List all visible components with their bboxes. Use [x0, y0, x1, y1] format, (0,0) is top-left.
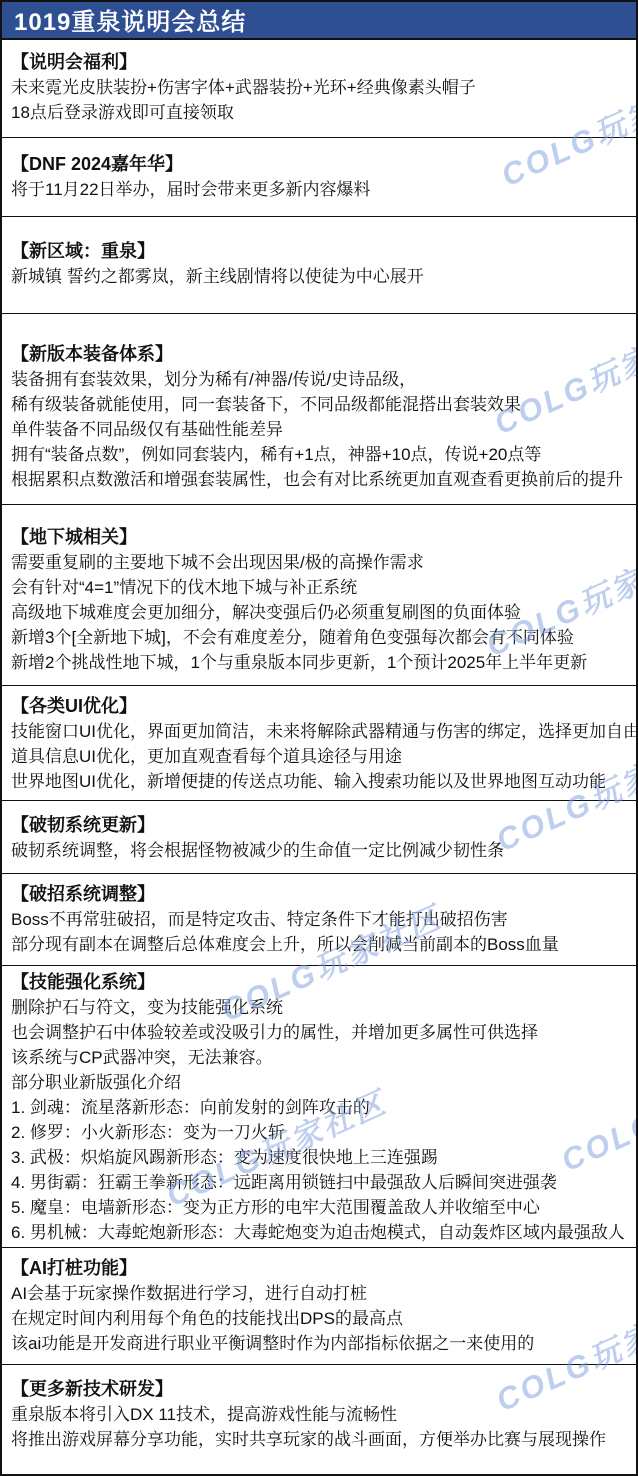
- section-line: 道具信息UI优化，更加直观查看每个道具途径与用途: [11, 744, 627, 769]
- section-line: 2. 修罗：小火新形态：变为一刀火斩: [11, 1120, 627, 1145]
- section-heading: 【AI打桩功能】: [11, 1256, 627, 1281]
- section-line: 将推出游戏屏幕分享功能，实时共享玩家的战斗画面，方便举办比赛与展现操作: [11, 1427, 627, 1452]
- section-10: 【更多新技术研发】重泉版本将引入DX 11技术，提高游戏性能与流畅性将推出游戏屏…: [2, 1364, 636, 1468]
- section-line: 会有针对“4=1”情况下的伐木地下城与补正系统: [11, 575, 627, 600]
- section-heading: 【DNF 2024嘉年华】: [11, 152, 627, 177]
- section-line: 将于11月22日举办，届时会带来更多新内容爆料: [11, 177, 627, 202]
- section-line: 3. 武极：炽焰旋风踢新形态：变为速度很快地上三连强踢: [11, 1145, 627, 1170]
- section-9: 【AI打桩功能】AI会基于玩家操作数据进行学习，进行自动打桩在规定时间内利用每个…: [2, 1247, 636, 1364]
- section-heading: 【新版本装备体系】: [11, 342, 627, 367]
- section-line: 高级地下城难度会更加细分，解决变强后仍必须重复刷图的负面体验: [11, 600, 627, 625]
- section-line: 5. 魔皇：电墙新形态：变为正方形的电牢大范围覆盖敌人并收缩至中心: [11, 1195, 627, 1220]
- section-2: 【新区域：重泉】新城镇 誓约之都雾岚，新主线剧情将以使徒为中心展开: [2, 216, 636, 313]
- section-line: 装备拥有套装效果，划分为稀有/神器/传说/史诗品级，: [11, 367, 627, 392]
- section-line: 根据累积点数激活和增强套装属性，也会有对比系统更加直观查看更换前后的提升: [11, 467, 627, 492]
- section-line: 需要重复刷的主要地下城不会出现因果/极的高操作需求: [11, 550, 627, 575]
- section-line: 部分职业新版强化介绍: [11, 1070, 627, 1095]
- section-3: 【新版本装备体系】装备拥有套装效果，划分为稀有/神器/传说/史诗品级，稀有级装备…: [2, 313, 636, 504]
- section-0: 【说明会福利】未来霓光皮肤装扮+伤害字体+武器装扮+光环+经典像素头帽子18点后…: [2, 40, 636, 137]
- section-5: 【各类UI优化】技能窗口UI优化，界面更加简洁，未来将解除武器精通与伤害的绑定，…: [2, 685, 636, 800]
- section-heading: 【更多新技术研发】: [11, 1377, 627, 1402]
- page-title: 1019重泉说明会总结: [14, 2, 246, 37]
- section-line: 4. 男街霸：狂霸王拳新形态：远距离用锁链扫中最强敌人后瞬间突进强袭: [11, 1170, 627, 1195]
- section-line: 破韧系统调整，将会根据怪物被减少的生命值一定比例减少韧性条: [11, 838, 627, 863]
- announcement-summary-table: 1019重泉说明会总结 【说明会福利】未来霓光皮肤装扮+伤害字体+武器装扮+光环…: [0, 0, 638, 1476]
- section-heading: 【各类UI优化】: [11, 694, 627, 719]
- title-bar: 1019重泉说明会总结: [2, 2, 636, 40]
- section-1: 【DNF 2024嘉年华】将于11月22日举办，届时会带来更多新内容爆料: [2, 137, 636, 216]
- section-line: 6. 男机械：大毒蛇炮新形态：大毒蛇炮变为迫击炮模式，自动轰炸区域内最强敌人: [11, 1220, 627, 1245]
- section-heading: 【新区域：重泉】: [11, 239, 627, 264]
- section-line: 该ai功能是开发商进行职业平衡调整时作为内部指标依据之一来使用的: [11, 1331, 627, 1356]
- section-line: 新城镇 誓约之都雾岚，新主线剧情将以使徒为中心展开: [11, 264, 627, 289]
- section-line: 1. 剑魂：流星落新形态：向前发射的剑阵攻击的: [11, 1095, 627, 1120]
- section-heading: 【破韧系统更新】: [11, 813, 627, 838]
- section-4: 【地下城相关】需要重复刷的主要地下城不会出现因果/极的高操作需求会有针对“4=1…: [2, 504, 636, 685]
- section-line: AI会基于玩家操作数据进行学习，进行自动打桩: [11, 1281, 627, 1306]
- section-line: 拥有“装备点数”，例如同套装内，稀有+1点，神器+10点，传说+20点等: [11, 442, 627, 467]
- section-line: 也会调整护石中体验较差或没吸引力的属性，并增加更多属性可供选择: [11, 1020, 627, 1045]
- section-line: 18点后登录游戏即可直接领取: [11, 100, 627, 125]
- section-line: Boss不再常驻破招，而是特定攻击、特定条件下才能打出破招伤害: [11, 907, 627, 932]
- section-heading: 【地下城相关】: [11, 525, 627, 550]
- section-line: 在规定时间内利用每个角色的技能找出DPS的最高点: [11, 1306, 627, 1331]
- section-line: 世界地图UI优化，新增便捷的传送点功能、输入搜索功能以及世界地图互动功能: [11, 769, 627, 794]
- section-line: 新增2个挑战性地下城，1个与重泉版本同步更新，1个预计2025年上半年更新: [11, 650, 627, 675]
- sections: 【说明会福利】未来霓光皮肤装扮+伤害字体+武器装扮+光环+经典像素头帽子18点后…: [2, 40, 636, 1468]
- section-line: 部分现有副本在调整后总体难度会上升，所以会削减当前副本的Boss血量: [11, 932, 627, 957]
- section-6: 【破韧系统更新】破韧系统调整，将会根据怪物被减少的生命值一定比例减少韧性条: [2, 800, 636, 873]
- section-line: 单件装备不同品级仅有基础性能差异: [11, 417, 627, 442]
- section-8: 【技能强化系统】删除护石与符文，变为技能强化系统也会调整护石中体验较差或没吸引力…: [2, 965, 636, 1247]
- section-line: 新增3个[全新地下城]，不会有难度差分，随着角色变强每次都会有不同体验: [11, 625, 627, 650]
- section-line: 删除护石与符文，变为技能强化系统: [11, 995, 627, 1020]
- section-heading: 【破招系统调整】: [11, 882, 627, 907]
- section-7: 【破招系统调整】Boss不再常驻破招，而是特定攻击、特定条件下才能打出破招伤害部…: [2, 873, 636, 965]
- section-line: 该系统与CP武器冲突，无法兼容。: [11, 1045, 627, 1070]
- section-heading: 【技能强化系统】: [11, 970, 627, 995]
- section-line: 技能窗口UI优化，界面更加简洁，未来将解除武器精通与伤害的绑定，选择更加自由: [11, 719, 627, 744]
- section-line: 重泉版本将引入DX 11技术，提高游戏性能与流畅性: [11, 1402, 627, 1427]
- section-heading: 【说明会福利】: [11, 50, 627, 75]
- section-line: 未来霓光皮肤装扮+伤害字体+武器装扮+光环+经典像素头帽子: [11, 75, 627, 100]
- section-line: 稀有级装备就能使用，同一套装备下，不同品级都能混搭出套装效果: [11, 392, 627, 417]
